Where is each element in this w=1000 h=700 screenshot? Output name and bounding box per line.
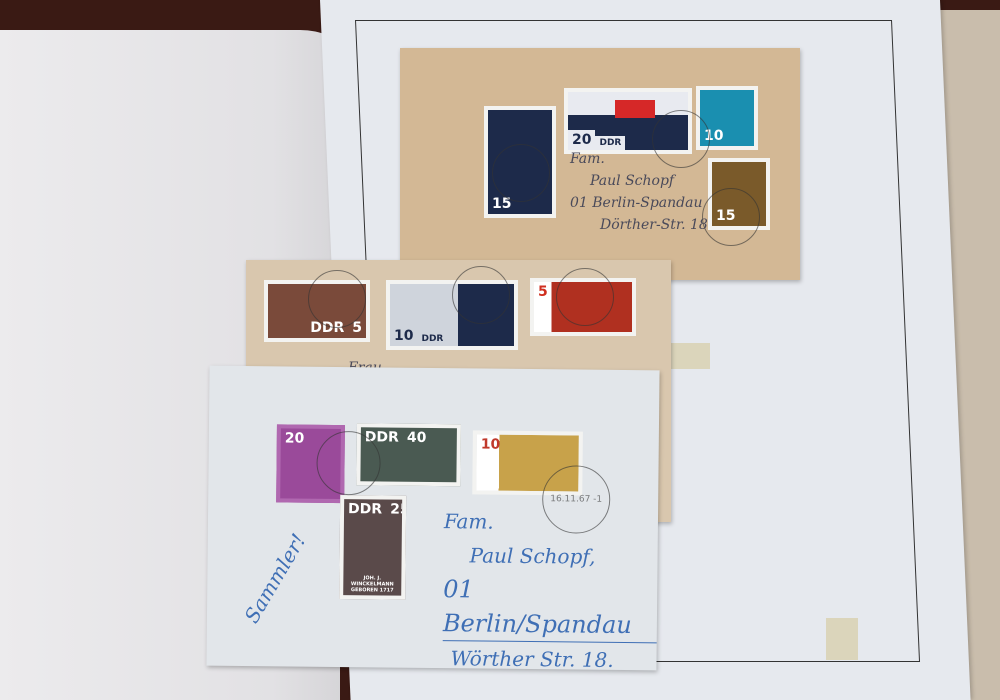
address-line: Paul Schopf, <box>443 538 657 574</box>
stamp-country: DDR <box>344 499 386 519</box>
address-line: Fam. <box>444 504 658 540</box>
address-line: 01 Berlin/Spandau <box>443 572 658 643</box>
address: Fam. Paul Schopf 01 Berlin-Spandau Dörth… <box>570 148 708 236</box>
address-line: Paul Schopf <box>570 170 708 192</box>
stamp-value: 20 <box>281 428 309 448</box>
postmark <box>308 270 366 328</box>
stamp-value: 10 <box>477 434 505 454</box>
stamp-value: 40 <box>403 428 431 448</box>
postmark <box>492 144 550 202</box>
hinge-tape <box>826 618 858 660</box>
stamp-value: 5 <box>534 282 552 302</box>
postmark <box>452 266 510 324</box>
side-note: Sammler! <box>239 529 310 627</box>
stamp-value: 20 <box>568 130 595 150</box>
red-flag <box>615 100 655 118</box>
postmark <box>702 188 760 246</box>
cover-3: 20 DDR 40 10 DDR 25 JOH. J. WINCKELMANN … <box>206 366 659 671</box>
postmark <box>556 268 614 326</box>
stamp-caption: JOH. J. WINCKELMANN GEBOREN 1717 <box>343 573 401 596</box>
address-line: 01 Berlin-Spandau <box>570 192 708 214</box>
address-line: Fam. <box>570 148 708 170</box>
postmark <box>316 431 381 496</box>
stamp: DDR 25 JOH. J. WINCKELMANN GEBOREN 1717 <box>339 495 406 600</box>
stamp-value: 25 <box>386 500 406 520</box>
address-line: Wörther Str. 18. <box>442 641 656 677</box>
hinge-tape <box>670 343 710 369</box>
stamp-value: 10 <box>390 326 417 346</box>
postmark-date: 16.11.67 -1 <box>550 494 602 505</box>
address-line: Dörther-Str. 18 <box>570 214 708 236</box>
address: Fam. Paul Schopf, 01 Berlin/Spandau Wört… <box>442 504 658 677</box>
stamp-country: DDR <box>417 332 447 346</box>
cover-1: 15 20 DDR 10 15 Fam. Paul Schopf 01 Berl… <box>400 48 800 280</box>
